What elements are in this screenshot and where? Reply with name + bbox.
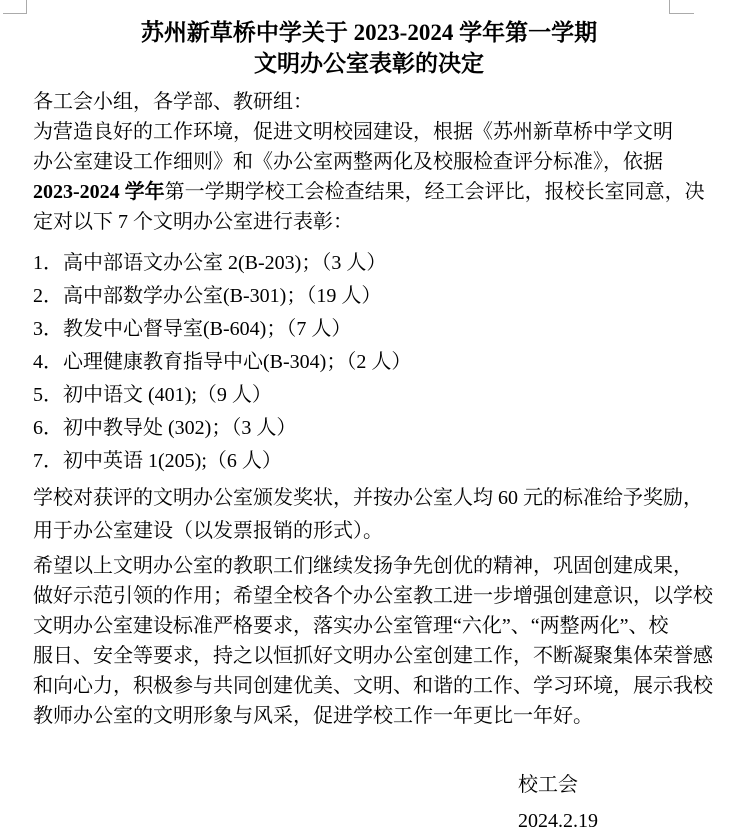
hope-line-1: 希望以上文明办公室的教职工们继续发扬争先创优的精神，巩固创建成果， (33, 551, 705, 581)
list-item-4: 4．心理健康教育指导中心(B-304)；（2 人） (33, 346, 705, 379)
document-title-line-2: 文明办公室表彰的决定 (33, 48, 705, 79)
signature-date: 2024.2.19 (518, 806, 705, 834)
hope-line-4: 服日、安全等要求，持之以恒抓好文明办公室创建工作，不断凝聚集体荣誉感 (33, 641, 705, 671)
greeting-line: 各工会小组，各学部、教研组： (33, 87, 705, 117)
signature-org: 校工会 (518, 770, 705, 800)
award-paragraph: 学校对获评的文明办公室颁发奖状，并按办公室人均 60 元的标准给予奖励， 用于办… (33, 482, 705, 548)
list-item-1: 1．高中部语文办公室 2(B-203)；（3 人） (33, 247, 705, 280)
signature-block: 校工会 2024.2.19 (518, 770, 705, 834)
intro-line-3-bold-term: 2023-2024 学年 (33, 181, 165, 203)
hope-line-3: 文明办公室建设标准严格要求，落实办公室管理“六化”、“两整两化”、校 (33, 611, 705, 641)
document-title: 苏州新草桥中学关于 2023-2024 学年第一学期 文明办公室表彰的决定 (33, 17, 705, 79)
intro-line-2: 办公室建设工作细则》和《办公室两整两化及校服检查评分标准》，依据 (33, 147, 705, 177)
intro-line-1: 为营造良好的工作环境，促进文明校园建设，根据《苏州新草桥中学文明 (33, 117, 705, 147)
list-item-2: 2．高中部数学办公室(B-301)；（19 人） (33, 280, 705, 313)
list-item-7: 7．初中英语 1(205);（6 人） (33, 445, 705, 478)
intro-paragraph: 为营造良好的工作环境，促进文明校园建设，根据《苏州新草桥中学文明 办公室建设工作… (33, 117, 705, 237)
list-item-3: 3．教发中心督导室(B-604)；（7 人） (33, 313, 705, 346)
hope-paragraph: 希望以上文明办公室的教职工们继续发扬争先创优的精神，巩固创建成果， 做好示范引领… (33, 551, 705, 731)
hope-line-2: 做好示范引领的作用；希望全校各个办公室教工进一步增强创建意识，以学校 (33, 581, 705, 611)
document-title-line-1: 苏州新草桥中学关于 2023-2024 学年第一学期 (33, 17, 705, 48)
intro-line-4: 定对以下 7 个文明办公室进行表彰： (33, 207, 705, 237)
list-item-5: 5．初中语文 (401);（9 人） (33, 379, 705, 412)
award-line-2: 用于办公室建设（以发票报销的形式）。 (33, 515, 705, 548)
list-item-6: 6．初中教导处 (302)；（3 人） (33, 412, 705, 445)
page-margin-mark-right (669, 0, 694, 14)
hope-line-6: 教师办公室的文明形象与风采，促进学校工作一年更比一年好。 (33, 701, 705, 731)
document-content: 苏州新草桥中学关于 2023-2024 学年第一学期 文明办公室表彰的决定 各工… (0, 0, 736, 834)
page-margin-mark-left (3, 0, 27, 14)
intro-line-3: 2023-2024 学年第一学期学校工会检查结果，经工会评比，报校长室同意，决 (33, 177, 705, 207)
document-page: 苏州新草桥中学关于 2023-2024 学年第一学期 文明办公室表彰的决定 各工… (0, 0, 736, 834)
hope-line-5: 和向心力，积极参与共同创建优美、文明、和谐的工作、学习环境，展示我校 (33, 671, 705, 701)
intro-line-3-rest: 第一学期学校工会检查结果，经工会评比，报校长室同意，决 (165, 181, 705, 203)
award-line-1: 学校对获评的文明办公室颁发奖状，并按办公室人均 60 元的标准给予奖励， (33, 482, 705, 515)
commended-office-list: 1．高中部语文办公室 2(B-203)；（3 人） 2．高中部数学办公室(B-3… (33, 247, 705, 478)
